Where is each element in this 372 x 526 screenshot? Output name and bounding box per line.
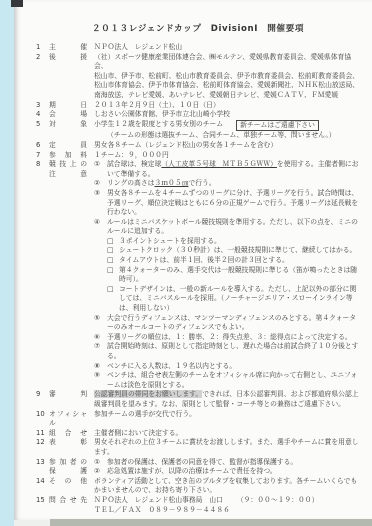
- contact-tel: ＴＥＬ／ＦＡＸ ０８９－９８９－４４８６: [94, 506, 360, 516]
- square-bullet-marker: □: [107, 266, 119, 285]
- item-row-8: 8 競技上の 注意 ① 試合球は、検定球（人工皮革５号球 ＭＴＢ５ＧＷＷ）を使用…: [36, 160, 360, 390]
- rule-text: 試合球は、検定球（人工皮革５号球 ＭＴＢ５ＧＷＷ）を使用する。主催者側において準…: [107, 160, 360, 179]
- item-content: 男女それぞれの上位３チームに賞状をお渡しします。また、選手やチームに賞を用意しま…: [94, 438, 360, 457]
- circled-number-marker: ⑧: [94, 362, 107, 372]
- item-label-line: 注意: [49, 170, 87, 180]
- item-row-2: 2 後援 （社）スポーツ健康産業団体連合会、㈱モルテン、愛媛県教育委員会、愛媛県…: [36, 53, 360, 101]
- item-label: 期日: [49, 101, 87, 111]
- highlighted-text: 公認審判員の帯同をお願いします。: [94, 390, 202, 398]
- rule-text-underlined: ３ｍ０５㎝: [154, 179, 188, 187]
- item-content: （社）スポーツ健康産業団体連合会、㈱モルテン、愛媛県教育委員会、愛媛県体育協会、…: [94, 53, 360, 101]
- item-number: 7: [36, 151, 49, 161]
- item-label-line: 表彰: [49, 438, 87, 448]
- protection-line-1: ① 参加者の保護は、保護者の同意を得て、監督が指導保護する。: [94, 458, 360, 468]
- item-label: 主催: [49, 43, 87, 53]
- sub-rule: □ コートデザインは、一般の新ルールを導入する。ただし、上記以外の部分に関しては…: [107, 285, 360, 314]
- square-bullet-marker: □: [107, 246, 119, 256]
- item-label-line: 参加者の: [49, 458, 87, 468]
- item-label-line: 後援: [49, 53, 87, 63]
- item-row-4: 4 会場 しおさい公園体育館、伊予市立北山崎小学校: [36, 110, 360, 120]
- item-row-9: 9 審判 公認審判員の帯同をお願いします。できれば、日本公認審判員、および都道府…: [36, 390, 360, 409]
- rule-3: ③ 男女各８チームを４チームずつのリーグに分け、予選リーグを行う。試合時間は、予…: [94, 189, 360, 218]
- item-row-7: 7 参加料 １チーム：９，０００円: [36, 151, 360, 161]
- rule-9: ⑨ ベンチは、組合せ表左側のチームをオフィシャル席に向かって右側とし、ユニフォー…: [94, 371, 360, 390]
- sub-rule-text: 第４クォーターのみ、選手交代は一般競技規則に準じる（笛が鳴ったときは随時可）。: [119, 266, 360, 285]
- item-label-line: 保護: [49, 467, 87, 477]
- item-number: 11: [36, 429, 49, 439]
- circled-number-marker: ②: [94, 467, 107, 477]
- item-label: 表彰: [49, 438, 87, 448]
- rule-2: ② リングの高さは３ｍ０５㎝で行う。: [94, 179, 360, 189]
- scanned-document: ２０１３レジェンドカップ DivisionⅠ 開催要項 1 主催 ＮＰＯ法人 レ…: [0, 0, 372, 526]
- circled-number-marker: ①: [94, 458, 107, 468]
- item-number: 6: [36, 141, 49, 151]
- item-label: 対象: [49, 120, 87, 130]
- circled-number-marker: ⑥: [94, 333, 107, 343]
- item-number: 4: [36, 110, 49, 120]
- item-content: 小学生１２歳を限度とする男女別のチーム 新チームはご遠慮下さい （チームの形態は…: [94, 120, 360, 141]
- circled-number-marker: ⑤: [94, 314, 107, 333]
- item-row-3: 3 期日 ２０１３年２月９日（土）、１０日（日）: [36, 101, 360, 111]
- circled-number-marker: ①: [94, 160, 107, 179]
- circled-number-marker: ④: [94, 218, 107, 237]
- document-page: ２０１３レジェンドカップ DivisionⅠ 開催要項 1 主催 ＮＰＯ法人 レ…: [14, 0, 372, 520]
- rule-text: 大会で行うディフェンスは、マンツーマンディフェンスのみとする。第４クォーターのみ…: [107, 314, 360, 333]
- item-label-line: 会場: [49, 110, 87, 120]
- sub-rule-text: コートデザインは、一般の新ルールを導入する。ただし、上記以外の部分に関しては、ミ…: [119, 285, 360, 314]
- sponsor-line: 南海放送、テレビ愛媛、あいテレビ、愛媛朝日テレビ、愛媛ＣＡＴＶ、ＦＭ愛媛: [94, 91, 360, 101]
- item-row-1: 1 主催 ＮＰＯ法人 レジェンド松山: [36, 43, 360, 53]
- scan-bottom-shadow: [50, 519, 372, 526]
- item-label-line: 審判: [49, 390, 87, 400]
- item-number: 15: [36, 496, 49, 506]
- item-label-line: 主催: [49, 43, 87, 53]
- rule-text: リングの高さは３ｍ０５㎝で行う。: [107, 179, 360, 189]
- item-content: ２０１３年２月９日（土）、１０日（日）: [94, 101, 360, 111]
- boxed-note: 新チームはご遠慮下さい: [236, 120, 319, 132]
- item-label: 競技上の 注意: [49, 160, 87, 179]
- page-corner-mark: [11, 0, 23, 7]
- sponsor-line: 松山市体育協会、伊予市体育協会、松前町体育協会、愛媛新聞社、ＮＨＫ松山放送局、: [94, 81, 360, 91]
- item-number: 8: [36, 160, 49, 170]
- item-row-14: 14 その他 ボランティア活動として、空き缶のプルタブを収集しております。各チー…: [36, 477, 360, 496]
- contact-name: ＮＰＯ法人 レジェンド松山事務局 山口: [94, 496, 223, 506]
- item-number: 14: [36, 477, 49, 487]
- item-number: 1: [36, 43, 49, 53]
- circled-number-marker: ⑦: [94, 342, 107, 361]
- item-number: 10: [36, 410, 49, 420]
- rule-text: 予選リーグの順位は、１：勝率、２：得失点差、３：総得点によって決定する。: [107, 333, 360, 343]
- item-content: １チーム：９，０００円: [94, 151, 360, 161]
- item-label: その他: [49, 477, 87, 487]
- item-label-line: オフィシャル: [49, 410, 87, 429]
- item-number: 2: [36, 53, 49, 63]
- protection-text: 応急処置は施すが、以降の治療はチームで責任を持つ。: [107, 467, 360, 477]
- sub-rule: □ 第４クォーターのみ、選手交代は一般競技規則に準じる（笛が鳴ったときは随時可）…: [107, 266, 360, 285]
- protection-text: 参加者の保護は、保護者の同意を得て、監督が指導保護する。: [107, 458, 360, 468]
- item-content: ボランティア活動として、空き缶のプルタブを収集しております。各チームいくらでもか…: [94, 477, 360, 496]
- sub-rule: □ シュートクロック（３０秒計）は、一般競技規則に準じて、継続してはかる。: [107, 246, 360, 256]
- item-label: 定員: [49, 141, 87, 151]
- item-content: ＮＰＯ法人 レジェンド松山: [94, 43, 360, 53]
- item-number: 9: [36, 390, 49, 400]
- item-label: 組合せ: [49, 429, 87, 439]
- item-row-10: 10 オフィシャル 参加チームの選手が交代で行う。: [36, 410, 360, 429]
- item-label-line: 期日: [49, 101, 87, 111]
- item-number: 5: [36, 120, 49, 130]
- item-label: 会場: [49, 110, 87, 120]
- item-label: 問合せ先: [49, 496, 87, 506]
- target-text: 小学生１２歳を限度とする男女別のチーム: [94, 120, 223, 130]
- item-content: 参加チームの選手が交代で行う。: [94, 410, 360, 420]
- item-row-5: 5 対象 小学生１２歳を限度とする男女別のチーム 新チームはご遠慮下さい （チー…: [36, 120, 360, 141]
- item-label-line: 定員: [49, 141, 87, 151]
- rule-text-pre: 試合球は、検定球: [107, 160, 161, 168]
- square-bullet-marker: □: [107, 285, 119, 314]
- rule-4-sub-list: □ ３ポイントシュートを採用する。 □ シュートクロック（３０秒計）は、一般競技…: [94, 237, 360, 314]
- square-bullet-marker: □: [107, 256, 119, 266]
- scanner-bed-edge: [0, 0, 14, 526]
- item-label-line: 参加料: [49, 151, 87, 161]
- rule-6: ⑥ 予選リーグの順位は、１：勝率、２：得失点差、３：総得点によって決定する。: [94, 333, 360, 343]
- sub-rule-text: タイムアウトは、前半１回、後半２回の計３回とする。: [119, 256, 360, 266]
- sponsor-line: 松山市、伊予市、松前町、松山市教育委員会、伊予市教育委員会、松前町教育委員会、: [94, 72, 360, 82]
- item-content: ＮＰＯ法人 レジェンド松山事務局 山口 （９：００～１９：００） ＴＥＬ／ＦＡＸ…: [94, 496, 360, 515]
- rule-text-underlined: （人工皮革５号球 ＭＴＢ５ＧＷＷ）: [161, 160, 277, 168]
- circled-number-marker: ②: [94, 179, 107, 189]
- rule-text-pre: リングの高さは: [107, 179, 154, 187]
- item-content: 主催者側において決定する。: [94, 429, 360, 439]
- rule-5: ⑤ 大会で行うディフェンスは、マンツーマンディフェンスのみとする。第４クォーター…: [94, 314, 360, 333]
- item-row-11: 11 組合せ 主催者側において決定する。: [36, 429, 360, 439]
- item-content: 男女各８チーム（レジェンド松山の男女各１チームを含む）: [94, 141, 360, 151]
- item-row-6: 6 定員 男女各８チーム（レジェンド松山の男女各１チームを含む）: [36, 141, 360, 151]
- item-number: 3: [36, 101, 49, 111]
- rule-text: ルールはミニバスケットボール競技規則を準用する。ただし、以下の点を、ミニのルール…: [107, 218, 360, 237]
- item-content: ① 参加者の保護は、保護者の同意を得て、監督が指導保護する。 ② 応急処置は施す…: [94, 458, 360, 477]
- rule-text: ベンチは、組合せ表左側のチームをオフィシャル席に向かって右側とし、ユニフォームは…: [107, 371, 360, 390]
- rule-text: 試合開始時刻は、原則として指定時刻とし、遅れた場合は前試合終了１０分後とする。: [107, 342, 360, 361]
- sponsor-line: （社）スポーツ健康産業団体連合会、㈱モルテン、愛媛県教育委員会、愛媛県体育協会、: [94, 53, 360, 72]
- rule-text-post: で行う。: [188, 179, 215, 187]
- item-label-line: 組合せ: [49, 429, 87, 439]
- rule-text: ベンチに入る人数は、１９名以内とする。: [107, 362, 360, 372]
- item-label-line: 問合せ先: [49, 496, 87, 506]
- rule-8: ⑧ ベンチに入る人数は、１９名以内とする。: [94, 362, 360, 372]
- rule-7: ⑦ 試合開始時刻は、原則として指定時刻とし、遅れた場合は前試合終了１０分後とする…: [94, 342, 360, 361]
- item-number: 13: [36, 458, 49, 468]
- protection-line-2: ② 応急処置は施すが、以降の治療はチームで責任を持つ。: [94, 467, 360, 477]
- rule-4: ④ ルールはミニバスケットボール競技規則を準用する。ただし、以下の点を、ミニのル…: [94, 218, 360, 237]
- item-row-12: 12 表彰 男女それぞれの上位３チームに賞状をお渡しします。また、選手やチームに…: [36, 438, 360, 457]
- rule-1: ① 試合球は、検定球（人工皮革５号球 ＭＴＢ５ＧＷＷ）を使用する。主催者側におい…: [94, 160, 360, 179]
- item-content: ① 試合球は、検定球（人工皮革５号球 ＭＴＢ５ＧＷＷ）を使用する。主催者側におい…: [94, 160, 360, 390]
- target-line: 小学生１２歳を限度とする男女別のチーム 新チームはご遠慮下さい: [94, 120, 360, 132]
- contact-hours: （９：００～１９：００）: [237, 496, 319, 506]
- item-label: 参加料: [49, 151, 87, 161]
- item-label: 後援: [49, 53, 87, 63]
- target-sub-note: （チームの形態は選抜チーム、合同チーム、単独チーム等、問いません。）: [94, 131, 360, 141]
- contact-line: ＮＰＯ法人 レジェンド松山事務局 山口 （９：００～１９：００）: [94, 496, 360, 506]
- document-title: ２０１３レジェンドカップ DivisionⅠ 開催要項: [36, 22, 360, 34]
- item-number: 12: [36, 438, 49, 448]
- circled-number-marker: ⑨: [94, 371, 107, 390]
- square-bullet-marker: □: [107, 237, 119, 247]
- item-content: しおさい公園体育館、伊予市立北山崎小学校: [94, 110, 360, 120]
- sub-rule: □ タイムアウトは、前半１回、後半２回の計３回とする。: [107, 256, 360, 266]
- item-label: オフィシャル: [49, 410, 87, 429]
- item-row-13: 13 参加者の 保護 ① 参加者の保護は、保護者の同意を得て、監督が指導保護する…: [36, 458, 360, 477]
- item-label-line: 競技上の: [49, 160, 87, 170]
- item-row-15: 15 問合せ先 ＮＰＯ法人 レジェンド松山事務局 山口 （９：００～１９：００）…: [36, 496, 360, 515]
- item-content: 公認審判員の帯同をお願いします。できれば、日本公認審判員、および都道府県公認上級…: [94, 390, 360, 409]
- rule-text: 男女各８チームを４チームずつのリーグに分け、予選リーグを行う。試合時間は、予選リ…: [107, 189, 360, 218]
- sub-rule-text: シュートクロック（３０秒計）は、一般競技規則に準じて、継続してはかる。: [119, 246, 360, 256]
- item-label-line: その他: [49, 477, 87, 487]
- item-label: 審判: [49, 390, 87, 400]
- circled-number-marker: ③: [94, 189, 107, 218]
- item-label: 参加者の 保護: [49, 458, 87, 477]
- item-label-line: 対象: [49, 120, 87, 130]
